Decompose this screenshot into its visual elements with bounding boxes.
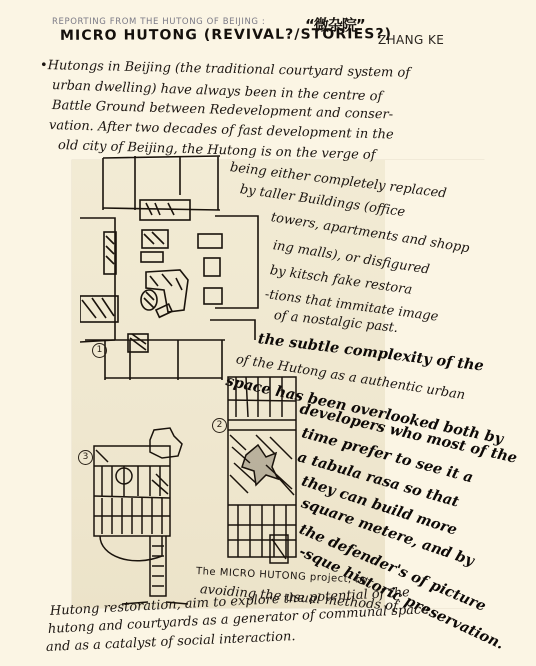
author-name: ZHANG KE bbox=[378, 33, 444, 47]
page-title: MICRO HUTONG (REVIVAL?/STORIES?) bbox=[60, 26, 392, 44]
sketch-label-3: 3 bbox=[78, 450, 93, 465]
report-kicker: REPORTING FROM THE HUTONG OF BEIJING : bbox=[52, 17, 265, 27]
courtyard-sketch-2 bbox=[226, 375, 301, 565]
notebook-page: REPORTING FROM THE HUTONG OF BEIJING : “… bbox=[0, 0, 536, 666]
sketch-label-1: 1 bbox=[92, 343, 107, 358]
text-line: •Hutongs in Beijing (the traditional cou… bbox=[40, 58, 410, 81]
sketch-label-2: 2 bbox=[212, 418, 227, 433]
courtyard-sketch-3 bbox=[92, 426, 192, 606]
courtyard-sketch-1 bbox=[80, 140, 260, 380]
